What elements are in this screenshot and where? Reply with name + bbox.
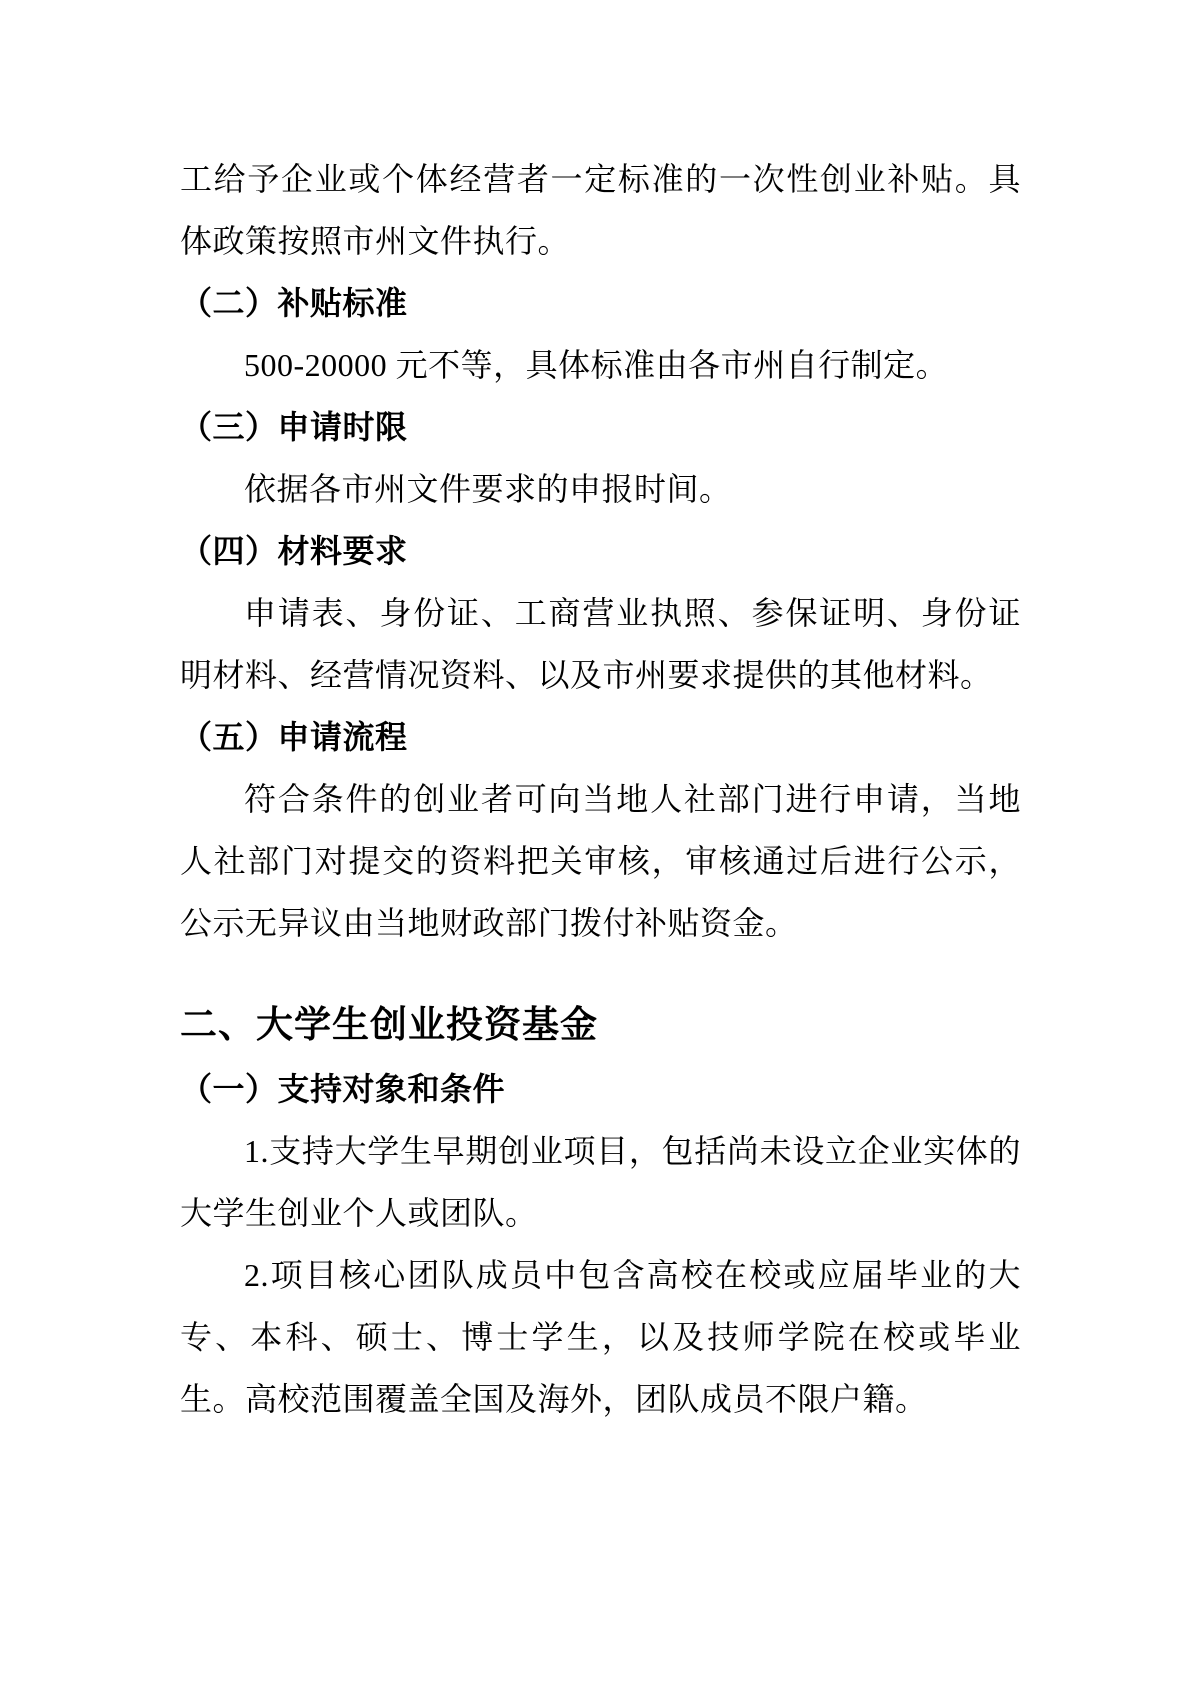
document-page: 工给予企业或个体经营者一定标准的一次性创业补贴。具体政策按照市州文件执行。 （二… — [0, 0, 1191, 1684]
subsection-heading-subsidy-standard: （二）补贴标准 — [180, 272, 1021, 334]
subsection-heading-support-targets-conditions: （一）支持对象和条件 — [180, 1058, 1021, 1120]
paragraph-material-requirements: 申请表、身份证、工商营业执照、参保证明、身份证明材料、经营情况资料、以及市州要求… — [180, 582, 1021, 706]
paragraph-support-item-2: 2.项目核心团队成员中包含高校在校或应届毕业的大专、本科、硕士、博士学生，以及技… — [180, 1244, 1021, 1430]
section-heading-student-venture-fund: 二、大学生创业投资基金 — [180, 994, 1021, 1058]
subsection-heading-application-process: （五）申请流程 — [180, 706, 1021, 768]
paragraph-subsidy-standard: 500-20000 元不等，具体标准由各市州自行制定。 — [180, 334, 1021, 396]
paragraph-application-deadline: 依据各市州文件要求的申报时间。 — [180, 458, 1021, 520]
subsection-heading-material-requirements: （四）材料要求 — [180, 520, 1021, 582]
paragraph-subsidy-policy-continuation: 工给予企业或个体经营者一定标准的一次性创业补贴。具体政策按照市州文件执行。 — [180, 148, 1021, 272]
paragraph-application-process: 符合条件的创业者可向当地人社部门进行申请，当地人社部门对提交的资料把关审核，审核… — [180, 768, 1021, 954]
subsection-heading-application-deadline: （三）申请时限 — [180, 396, 1021, 458]
paragraph-support-item-1: 1.支持大学生早期创业项目，包括尚未设立企业实体的大学生创业个人或团队。 — [180, 1120, 1021, 1244]
